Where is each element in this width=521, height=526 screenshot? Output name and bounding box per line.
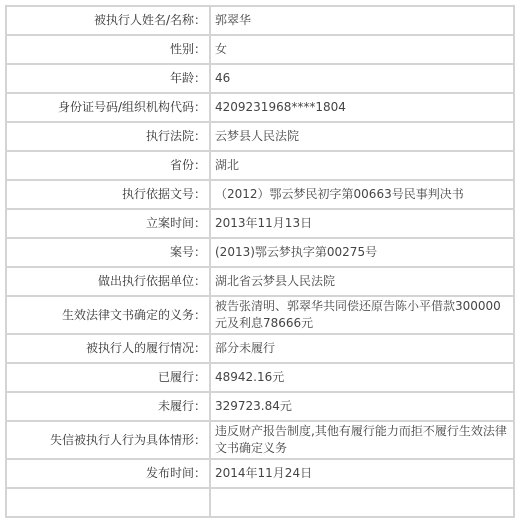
row-age: 年龄： 46 <box>6 64 514 93</box>
label-legal-obligation: 生效法律文书确定的义务： <box>6 296 210 334</box>
row-debtor-name: 被执行人姓名/名称： 郭翠华 <box>6 6 514 35</box>
value-province: 湖北 <box>210 151 514 180</box>
value-gender: 女 <box>210 35 514 64</box>
row-legal-obligation: 生效法律文书确定的义务： 被告张清明、郭翠华共同偿还原告陈小平借款300000元… <box>6 296 514 334</box>
value-unperformed-amount: 329723.84元 <box>210 392 514 421</box>
label-publish-date: 发布时间： <box>6 459 210 488</box>
row-performance-status: 被执行人的履行情况： 部分未履行 <box>6 334 514 363</box>
row-truncated <box>6 488 514 517</box>
label-debtor-name: 被执行人姓名/名称： <box>6 6 210 35</box>
label-age: 年龄： <box>6 64 210 93</box>
label-unperformed-amount: 未履行： <box>6 392 210 421</box>
label-case-number: 案号： <box>6 238 210 267</box>
row-performed-amount: 已履行： 48942.16元 <box>6 363 514 392</box>
row-executing-court: 执行法院： 云梦县人民法院 <box>6 122 514 151</box>
value-age: 46 <box>210 64 514 93</box>
value-debtor-name: 郭翠华 <box>210 6 514 35</box>
row-gender: 性别： 女 <box>6 35 514 64</box>
label-truncated <box>6 488 210 517</box>
value-executing-court: 云梦县人民法院 <box>210 122 514 151</box>
row-province: 省份： 湖北 <box>6 151 514 180</box>
label-executing-court: 执行法院： <box>6 122 210 151</box>
value-legal-obligation: 被告张清明、郭翠华共同偿还原告陈小平借款300000元及利息78666元 <box>210 296 514 334</box>
value-filing-date: 2013年11月13日 <box>210 209 514 238</box>
row-publish-date: 发布时间： 2014年11月24日 <box>6 459 514 488</box>
label-performance-status: 被执行人的履行情况： <box>6 334 210 363</box>
row-basis-document-number: 执行依据文号： （2012）鄂云梦民初字第00663号民事判决书 <box>6 180 514 209</box>
label-filing-date: 立案时间： <box>6 209 210 238</box>
value-performance-status: 部分未履行 <box>210 334 514 363</box>
dishonest-debtor-info-table: 被执行人姓名/名称： 郭翠华 性别： 女 年龄： 46 身份证号码/组织机构代码… <box>5 5 515 518</box>
label-performed-amount: 已履行： <box>6 363 210 392</box>
label-dishonest-behavior: 失信被执行人行为具体情形： <box>6 421 210 459</box>
value-performed-amount: 48942.16元 <box>210 363 514 392</box>
label-basis-issuing-unit: 做出执行依据单位： <box>6 267 210 296</box>
row-filing-date: 立案时间： 2013年11月13日 <box>6 209 514 238</box>
row-id-number: 身份证号码/组织机构代码： 4209231968****1804 <box>6 93 514 122</box>
value-dishonest-behavior: 违反财产报告制度,其他有履行能力而拒不履行生效法律文书确定义务 <box>210 421 514 459</box>
value-id-number: 4209231968****1804 <box>210 93 514 122</box>
row-basis-issuing-unit: 做出执行依据单位： 湖北省云梦县人民法院 <box>6 267 514 296</box>
label-province: 省份： <box>6 151 210 180</box>
label-gender: 性别： <box>6 35 210 64</box>
value-publish-date: 2014年11月24日 <box>210 459 514 488</box>
label-basis-document-number: 执行依据文号： <box>6 180 210 209</box>
value-case-number: (2013)鄂云梦执字第00275号 <box>210 238 514 267</box>
value-truncated <box>210 488 514 517</box>
value-basis-document-number: （2012）鄂云梦民初字第00663号民事判决书 <box>210 180 514 209</box>
row-dishonest-behavior: 失信被执行人行为具体情形： 违反财产报告制度,其他有履行能力而拒不履行生效法律文… <box>6 421 514 459</box>
row-unperformed-amount: 未履行： 329723.84元 <box>6 392 514 421</box>
label-id-number: 身份证号码/组织机构代码： <box>6 93 210 122</box>
row-case-number: 案号： (2013)鄂云梦执字第00275号 <box>6 238 514 267</box>
value-basis-issuing-unit: 湖北省云梦县人民法院 <box>210 267 514 296</box>
